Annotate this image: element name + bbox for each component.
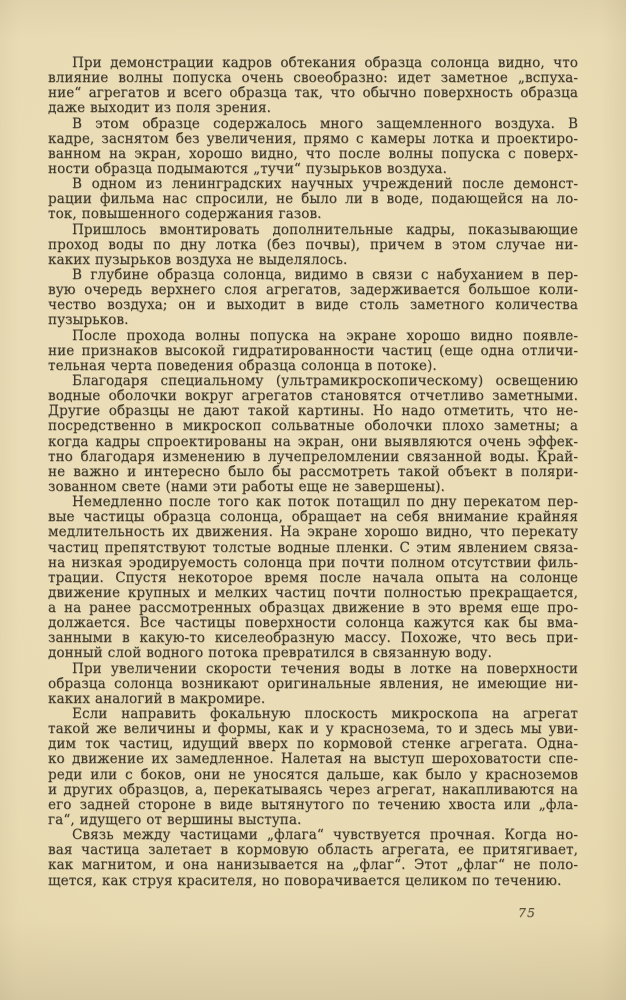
text-line: вые частицы образца солонца, обращает на… [48,510,578,525]
page-number: 75 [518,905,536,920]
text-line: ванном на экран, хорошо видно, что после… [48,147,578,162]
text-line: тно благодаря изменению в лучепреломлени… [48,450,578,465]
text-line: а на ранее рассмотренных образцах движен… [48,601,578,616]
text-line: В одном из ленинградских научных учрежде… [48,177,578,192]
text-line: и других образцов, а, перекатываясь чере… [48,783,578,798]
text-line: ние признаков высокой гидратированности … [48,344,578,359]
text-line: При увеличении скорости течения воды в л… [48,662,578,677]
text-line: При демонстрации кадров обтекания образц… [48,56,578,71]
text-line: каких пузырьков воздуха не выделялось. [48,253,578,268]
text-line: каких аналогий в макромире. [48,692,578,707]
book-page: При демонстрации кадров обтекания образц… [0,0,626,1000]
text-line: В глубине образца солонца, видимо в связ… [48,268,578,283]
text-line: трации. Спустя некоторое время после нач… [48,571,578,586]
text-line: должается. Все частицы поверхности солон… [48,616,578,631]
text-line: ток, повышенного содержания газов. [48,207,578,222]
text-line: когда кадры спроектированы на экран, они… [48,435,578,450]
text-line: как магнитом, и она нанизывается на „фла… [48,858,578,873]
text-line: ности образца подымаются „тучи“ пузырько… [48,162,578,177]
text-line: такой же величины и формы, как и у красн… [48,722,578,737]
page-text: При демонстрации кадров обтекания образц… [48,56,578,889]
text-line: вую очередь верхнего слоя агрегатов, зад… [48,283,578,298]
text-line: Если направить фокальную плоскость микро… [48,707,578,722]
text-line: В этом образце содержалось много защемле… [48,117,578,132]
text-line: После прохода волны попуска на экране хо… [48,329,578,344]
text-line: влияние волны попуска очень своеобразно:… [48,71,578,86]
text-line: движение крупных и мелких частиц почти п… [48,586,578,601]
text-line: чество воздуха; он и выходит в виде стол… [48,298,578,313]
text-line: дим ток частиц, идущий вверх по кормовой… [48,737,578,752]
text-line: на низкая эродируемость солонца при почт… [48,556,578,571]
text-line: ние“ агрегатов и всего образца так, что … [48,86,578,101]
text-line: донный слой водного потока превратился в… [48,646,578,661]
text-line: частиц препятствуют толстые водные пленк… [48,541,578,556]
text-line: га“, идущего от вершины выступа. [48,813,578,828]
text-line: Связь между частицами „флага“ чувствуетс… [48,828,578,843]
text-line: занными в какую-то киселеобразную массу.… [48,631,578,646]
text-line: Благодаря специальному (ультрамикроскопи… [48,374,578,389]
text-line: ко движение их замедленное. Налетая на в… [48,752,578,767]
text-line: зованном свете (нами эти работы еще не з… [48,480,578,495]
text-line: проход воды по дну лотка (без почвы), пр… [48,238,578,253]
text-line: тельная черта поведения образца солонца … [48,359,578,374]
text-line: Немедленно после того как поток потащил … [48,495,578,510]
text-line: не важно и интересно было бы рассмотреть… [48,465,578,480]
text-line: медлительность их движения. На экране хо… [48,525,578,540]
text-line: реди или с боков, они не уносятся дальше… [48,768,578,783]
text-line: рации фильма нас спросили, не было ли в … [48,192,578,207]
text-line: пузырьков. [48,313,578,328]
text-line: водные оболочки вокруг агрегатов становя… [48,389,578,404]
text-line: кадре, заснятом без увеличения, прямо с … [48,132,578,147]
text-line: образца солонца возникают оригинальные я… [48,677,578,692]
text-line: посредственно в микроскоп сольватные обо… [48,419,578,434]
text-line: щется, как струя красителя, но поворачив… [48,874,578,889]
text-line: его задней стороне в виде вытянутого по … [48,798,578,813]
text-line: вая частица залетает в кормовую область … [48,843,578,858]
text-line: Другие образцы не дают такой картины. Но… [48,404,578,419]
text-line: даже выходит из поля зрения. [48,101,578,116]
text-line: Пришлось вмонтировать дополнительные кад… [48,223,578,238]
